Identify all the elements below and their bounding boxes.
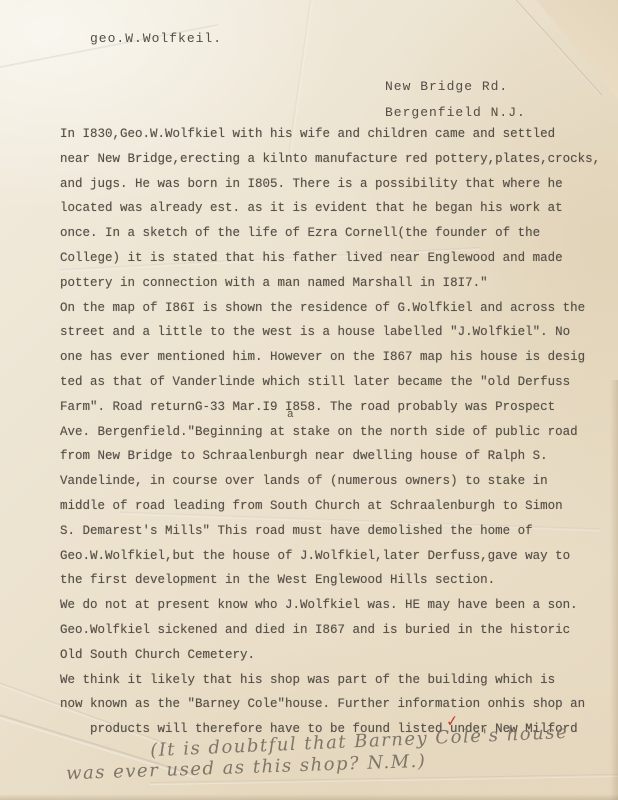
paper-edge — [0, 794, 618, 800]
document-body: In I830,Geo.W.Wolfkiel with his wife and… — [60, 122, 605, 742]
typed-line: We think it likely that his shop was par… — [60, 668, 605, 693]
typed-line: Farm". Road returnG-33 Mar.I9 I858. The … — [60, 395, 605, 420]
typed-line: middle of road leading from South Church… — [60, 494, 605, 519]
address-line-street: New Bridge Rd. — [385, 79, 508, 94]
corner-fold — [518, 0, 618, 108]
document-title: geo.W.Wolfkeil. — [90, 31, 222, 46]
typed-line: College) it is stated that his father li… — [60, 246, 605, 271]
typed-line: Vandelinde, in course over lands of (num… — [60, 469, 605, 494]
typed-line: ted as that of Vanderlinde which still l… — [60, 370, 605, 395]
typed-line: Old South Church Cemetery. — [60, 643, 605, 668]
typed-line: street and a little to the west is a hou… — [60, 320, 605, 345]
typed-line: Ave. Bergenfield."Beginning at stake on … — [60, 420, 605, 445]
typed-line: near New Bridge,erecting a kilnto manufa… — [60, 147, 605, 172]
typed-line: In I830,Geo.W.Wolfkiel with his wife and… — [60, 122, 605, 147]
paper-edge — [610, 380, 618, 800]
address-line-city: Bergenfield N.J. — [385, 105, 526, 120]
typed-line: one has ever mentioned him. However on t… — [60, 345, 605, 370]
typed-line: the first development in the West Englew… — [60, 568, 605, 593]
typed-line: now known as the "Barney Cole"house. Fur… — [60, 692, 605, 717]
inserted-superscript-a: a — [287, 409, 294, 421]
typed-line: from New Bridge to Schraalenburgh near d… — [60, 444, 605, 469]
typed-line: We do not at present know who J.Wolfkiel… — [60, 593, 605, 618]
typed-line: and jugs. He was born in I805. There is … — [60, 172, 605, 197]
typed-line: S. Demarest's Mills" This road must have… — [60, 519, 605, 544]
typed-line: Geo.W.Wolfkiel,but the house of J.Wolfki… — [60, 544, 605, 569]
typed-line: once. In a sketch of the life of Ezra Co… — [60, 221, 605, 246]
typed-line: located was already est. as it is eviden… — [60, 196, 605, 221]
typed-line: Geo.Wolfkiel sickened and died in I867 a… — [60, 618, 605, 643]
typed-line: On the map of I86I is shown the residenc… — [60, 296, 605, 321]
scanned-paper: geo.W.Wolfkeil. New Bridge Rd. Bergenfie… — [0, 0, 618, 800]
typed-line: pottery in connection with a man named M… — [60, 271, 605, 296]
